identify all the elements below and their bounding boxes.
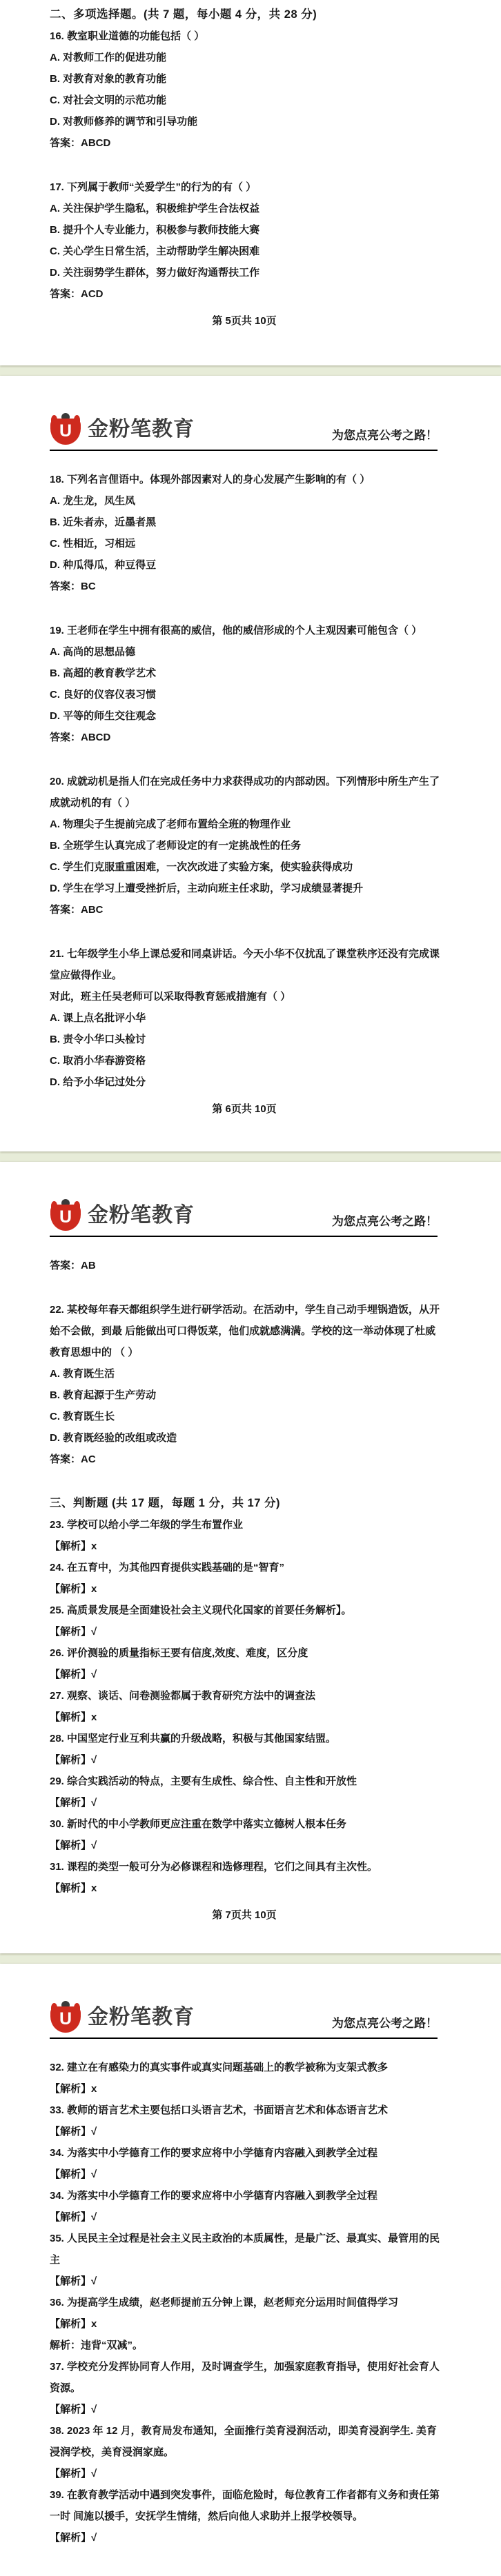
option-line: B. 高超的教育教学艺术	[50, 663, 439, 684]
option-line: C. 学生们克服重重困难，一次次改进了实验方案，使实验获得成功	[50, 856, 439, 878]
option-line: D. 对教师修养的调节和引导功能	[50, 111, 439, 132]
brand-tagline: 为您点亮公考之路！	[332, 425, 438, 446]
analysis-line: 【解析】x	[50, 1536, 439, 1557]
option-line: B. 提升个人专业能力，积极参与教师技能大赛	[50, 219, 439, 241]
brand-logo-icon: U	[50, 413, 81, 446]
logo-letter: U	[50, 421, 81, 441]
continuation-line: 始不会做，到最 后能做出可口得饭菜，他们成就感满满。学校的这一举动体现了杜威	[50, 1320, 439, 1342]
analysis-line: 【解析】x	[50, 1878, 439, 1899]
brand-logo-text: 金粉笔教育	[88, 1205, 195, 1226]
question-line: 34. 为落实中小学德育工作的要求应将中小学德育内容融入到教学全过程	[50, 2185, 439, 2206]
brand-logo-text: 金粉笔教育	[88, 419, 195, 440]
page-header: U金粉笔教育为您点亮公考之路！	[50, 2001, 438, 2039]
analysis-line: 【解析】√	[50, 2164, 439, 2185]
answer-line: 答案：BC	[50, 576, 439, 597]
question-line: 38. 2023 年 12 月，教育局发布通知，全面推行美育浸润活动，即美育浸润…	[50, 2420, 439, 2442]
option-line: D. 教育既经验的改组或改造	[50, 1427, 439, 1449]
analysis-line: 【解析】√	[50, 2399, 439, 2420]
question-line: 33. 教师的语言艺术主要包括口头语言艺术，书面语言艺术和体态语言艺术	[50, 2100, 439, 2121]
section-heading-line: 三、判断题 (共 17 题，每题 1 分，共 17 分)	[50, 1493, 439, 1514]
question-line: 34. 为落实中小学德育工作的要求应将中小学德育内容融入到教学全过程	[50, 2142, 439, 2164]
page-7: U金粉笔教育为您点亮公考之路！答案：AB22. 某校每年春天都组织学生进行研学活…	[0, 1162, 501, 1953]
option-line: C. 关心学生日常生活，主动帮助学生解决困难	[50, 241, 439, 262]
option-line: B. 对教育对象的教育功能	[50, 68, 439, 90]
option-line: C. 教育既生长	[50, 1406, 439, 1427]
analysis-line: 【解析】√	[50, 2463, 439, 2484]
document-viewer: 二、多项选择题。(共 7 题，每小题 4 分，共 28 分)16. 教室职业道德…	[0, 0, 501, 2576]
footer-line: 第 5页共 10页	[50, 310, 439, 332]
question-line: 39. 在教育教学活动中遇到突发事件，面临危险时，每位教育工作者都有义务和责任第	[50, 2484, 439, 2506]
question-line: 16. 教室职业道德的功能包括（ ）	[50, 26, 439, 47]
option-line: D. 种瓜得瓜，种豆得豆	[50, 554, 439, 576]
analysis-line: 【解析】√	[50, 1664, 439, 1685]
option-line: C. 良好的仪容仪表习惯	[50, 684, 439, 705]
analysis-line: 【解析】√	[50, 2271, 439, 2292]
section-heading-line: 二、多项选择题。(共 7 题，每小题 4 分，共 28 分)	[50, 4, 439, 26]
question-line: 22. 某校每年春天都组织学生进行研学活动。在活动中，学生自己动手埋锅造饭，从开	[50, 1299, 439, 1320]
answer-line: 答案：ABCD	[50, 132, 439, 154]
continuation-line: 资源。	[50, 2377, 439, 2399]
brand-tagline: 为您点亮公考之路！	[332, 1211, 438, 1232]
analysis-line: 【解析】√	[50, 2121, 439, 2142]
analysis-line: 【解析】√	[50, 1621, 439, 1642]
question-line: 31. 课程的类型一般可分为必修课程和选修理程，它们之间具有主次性。	[50, 1856, 439, 1878]
brand-logo: U金粉笔教育	[50, 2001, 195, 2034]
analysis-line: 解析：违背“双减”。	[50, 2335, 439, 2356]
option-line: D. 平等的师生交往观念	[50, 705, 439, 727]
brand-logo: U金粉笔教育	[50, 1199, 195, 1232]
analysis-line: 【解析】√	[50, 2527, 439, 2548]
question-line: 29. 综合实践活动的特点，主要有生成性、综合性、自主性和开放性	[50, 1771, 439, 1792]
continuation-line: 堂应做得作业。	[50, 965, 439, 986]
question-line: 18. 下列名言俚语中。体现外部因素对人的身心发展产生影响的有（ ）	[50, 469, 439, 490]
option-line: D. 关注弱势学生群体，努力做好沟通帮扶工作	[50, 262, 439, 283]
footer-line: 第 6页共 10页	[50, 1098, 439, 1120]
option-line: C. 取消小华春游资格	[50, 1050, 439, 1071]
option-line: A. 对教师工作的促进功能	[50, 47, 439, 68]
question-line: 27. 观察、谈话、问卷测验都属于教育研究方法中的调查法	[50, 1685, 439, 1707]
question-line: 32. 建立在有感染力的真实事件或真实问题基础上的教学被称为支架式教多	[50, 2057, 439, 2078]
footer-line: 第 7页共 10页	[50, 1904, 439, 1926]
question-line: 24. 在五育中，为其他四育提供实践基础的是“智育”	[50, 1557, 439, 1578]
question-line: 25. 高质景发展是全面建设社会主义现代化国家的首要任务解析】。	[50, 1600, 439, 1621]
answer-line: 答案：AC	[50, 1449, 439, 1470]
question-line: 17. 下列属于教师“关爱学生”的行为的有（ ）	[50, 177, 439, 198]
option-line: A. 教育既生活	[50, 1363, 439, 1385]
brand-logo: U金粉笔教育	[50, 413, 195, 446]
analysis-line: 【解析】x	[50, 2313, 439, 2335]
option-line: A. 高尚的思想品德	[50, 641, 439, 663]
option-line: A. 龙生龙，凤生凤	[50, 490, 439, 512]
option-line: A. 关注保护学生隐私，积极维护学生合法权益	[50, 198, 439, 219]
option-line: C. 对社会文明的示范功能	[50, 90, 439, 111]
answer-line: 答案：ABC	[50, 899, 439, 920]
page-header: U金粉笔教育为您点亮公考之路！	[50, 413, 438, 451]
option-line: B. 全班学生认真完成了老师设定的有一定挑战性的任务	[50, 835, 439, 856]
question-line: 26. 评价测验的质量指标王要有信度,效度、难度，区分度	[50, 1642, 439, 1664]
answer-line: 答案：ABCD	[50, 727, 439, 748]
continuation-line: 教育思想中的 （ ）	[50, 1342, 439, 1363]
question-line: 37. 学校充分发挥协同育人作用，及时调查学生，加强家庭教育指导，使用好社会育人	[50, 2356, 439, 2377]
continuation-line: 浸润学校，美育浸润家庭。	[50, 2442, 439, 2463]
question-line: 36. 为提高学生成绩，赵老师提前五分钟上课，赵老师充分运用时间值得学习	[50, 2292, 439, 2313]
option-line: D. 学生在学习上遭受挫折后，主动向班主任求助，学习成绩显著提升	[50, 878, 439, 899]
option-line: A. 物理尖子生提前完成了老师布置给全班的物理作业	[50, 814, 439, 835]
analysis-line: 【解析】√	[50, 1749, 439, 1771]
question-line: 20. 成就动机是指人们在完成任务中力求获得成功的内部动因。下列情形中所生产生了	[50, 771, 439, 792]
answer-line: 答案：ACD	[50, 283, 439, 305]
question-line: 28. 中国坚定行业互利共赢的升级战略，积极与其他国家结盟。	[50, 1728, 439, 1749]
analysis-line: 【解析】x	[50, 1578, 439, 1600]
logo-letter: U	[50, 2009, 81, 2029]
question-line: 19. 王老师在学生中拥有很高的威信，他的威信形成的个人主观因素可能包含（ ）	[50, 620, 439, 641]
brand-tagline: 为您点亮公考之路！	[332, 2013, 438, 2034]
question-line: 23. 学校可以给小学二年级的学生布置作业	[50, 1514, 439, 1536]
logo-letter: U	[50, 1207, 81, 1227]
option-line: D. 给予小华记过处分	[50, 1071, 439, 1093]
option-line: B. 近朱者赤，近墨者黑	[50, 512, 439, 533]
page-5: 二、多项选择题。(共 7 题，每小题 4 分，共 28 分)16. 教室职业道德…	[0, 0, 501, 365]
option-line: B. 责令小华口头检讨	[50, 1029, 439, 1050]
analysis-line: 【解析】x	[50, 1707, 439, 1728]
page-6: U金粉笔教育为您点亮公考之路！18. 下列名言俚语中。体现外部因素对人的身心发展…	[0, 376, 501, 1151]
option-line: A. 课上点名批评小华	[50, 1007, 439, 1029]
continuation-line: 一时 间施以援手，安抚学生情绪，然后向他人求助并上报学校领导。	[50, 2506, 439, 2527]
option-line: C. 性相近，习相远	[50, 533, 439, 554]
brand-logo-icon: U	[50, 1199, 81, 1232]
page-header: U金粉笔教育为您点亮公考之路！	[50, 1199, 438, 1237]
answer-line: 答案：AB	[50, 1255, 439, 1276]
analysis-line: 【解析】√	[50, 2206, 439, 2228]
page-8: U金粉笔教育为您点亮公考之路！32. 建立在有感染力的真实事件或真实问题基础上的…	[0, 1964, 501, 2576]
continuation-line: 成就动机的有（ ）	[50, 792, 439, 814]
analysis-line: 【解析】x	[50, 2078, 439, 2100]
brand-logo-icon: U	[50, 2001, 81, 2034]
analysis-line: 【解析】√	[50, 1835, 439, 1856]
brand-logo-text: 金粉笔教育	[88, 2007, 195, 2028]
question-line: 30. 新时代的中小学教师更应注重在数学中落实立德树人根本任务	[50, 1813, 439, 1835]
option-line: B. 教育起源于生产劳动	[50, 1385, 439, 1406]
question-line: 21. 七年级学生小华上课总爱和同桌讲话。今天小华不仅扰乱了课堂秩序还没有完成课	[50, 943, 439, 965]
analysis-line: 【解析】√	[50, 1792, 439, 1813]
question-line: 35. 人民民主全过程是社会主义民主政治的本质属性，是最广泛、最真实、最管用的民	[50, 2228, 439, 2249]
continuation-line: 主	[50, 2249, 439, 2271]
continuation-line: 对此，班主任吴老师可以采取得教育惩戒措施有（ ）	[50, 986, 439, 1007]
